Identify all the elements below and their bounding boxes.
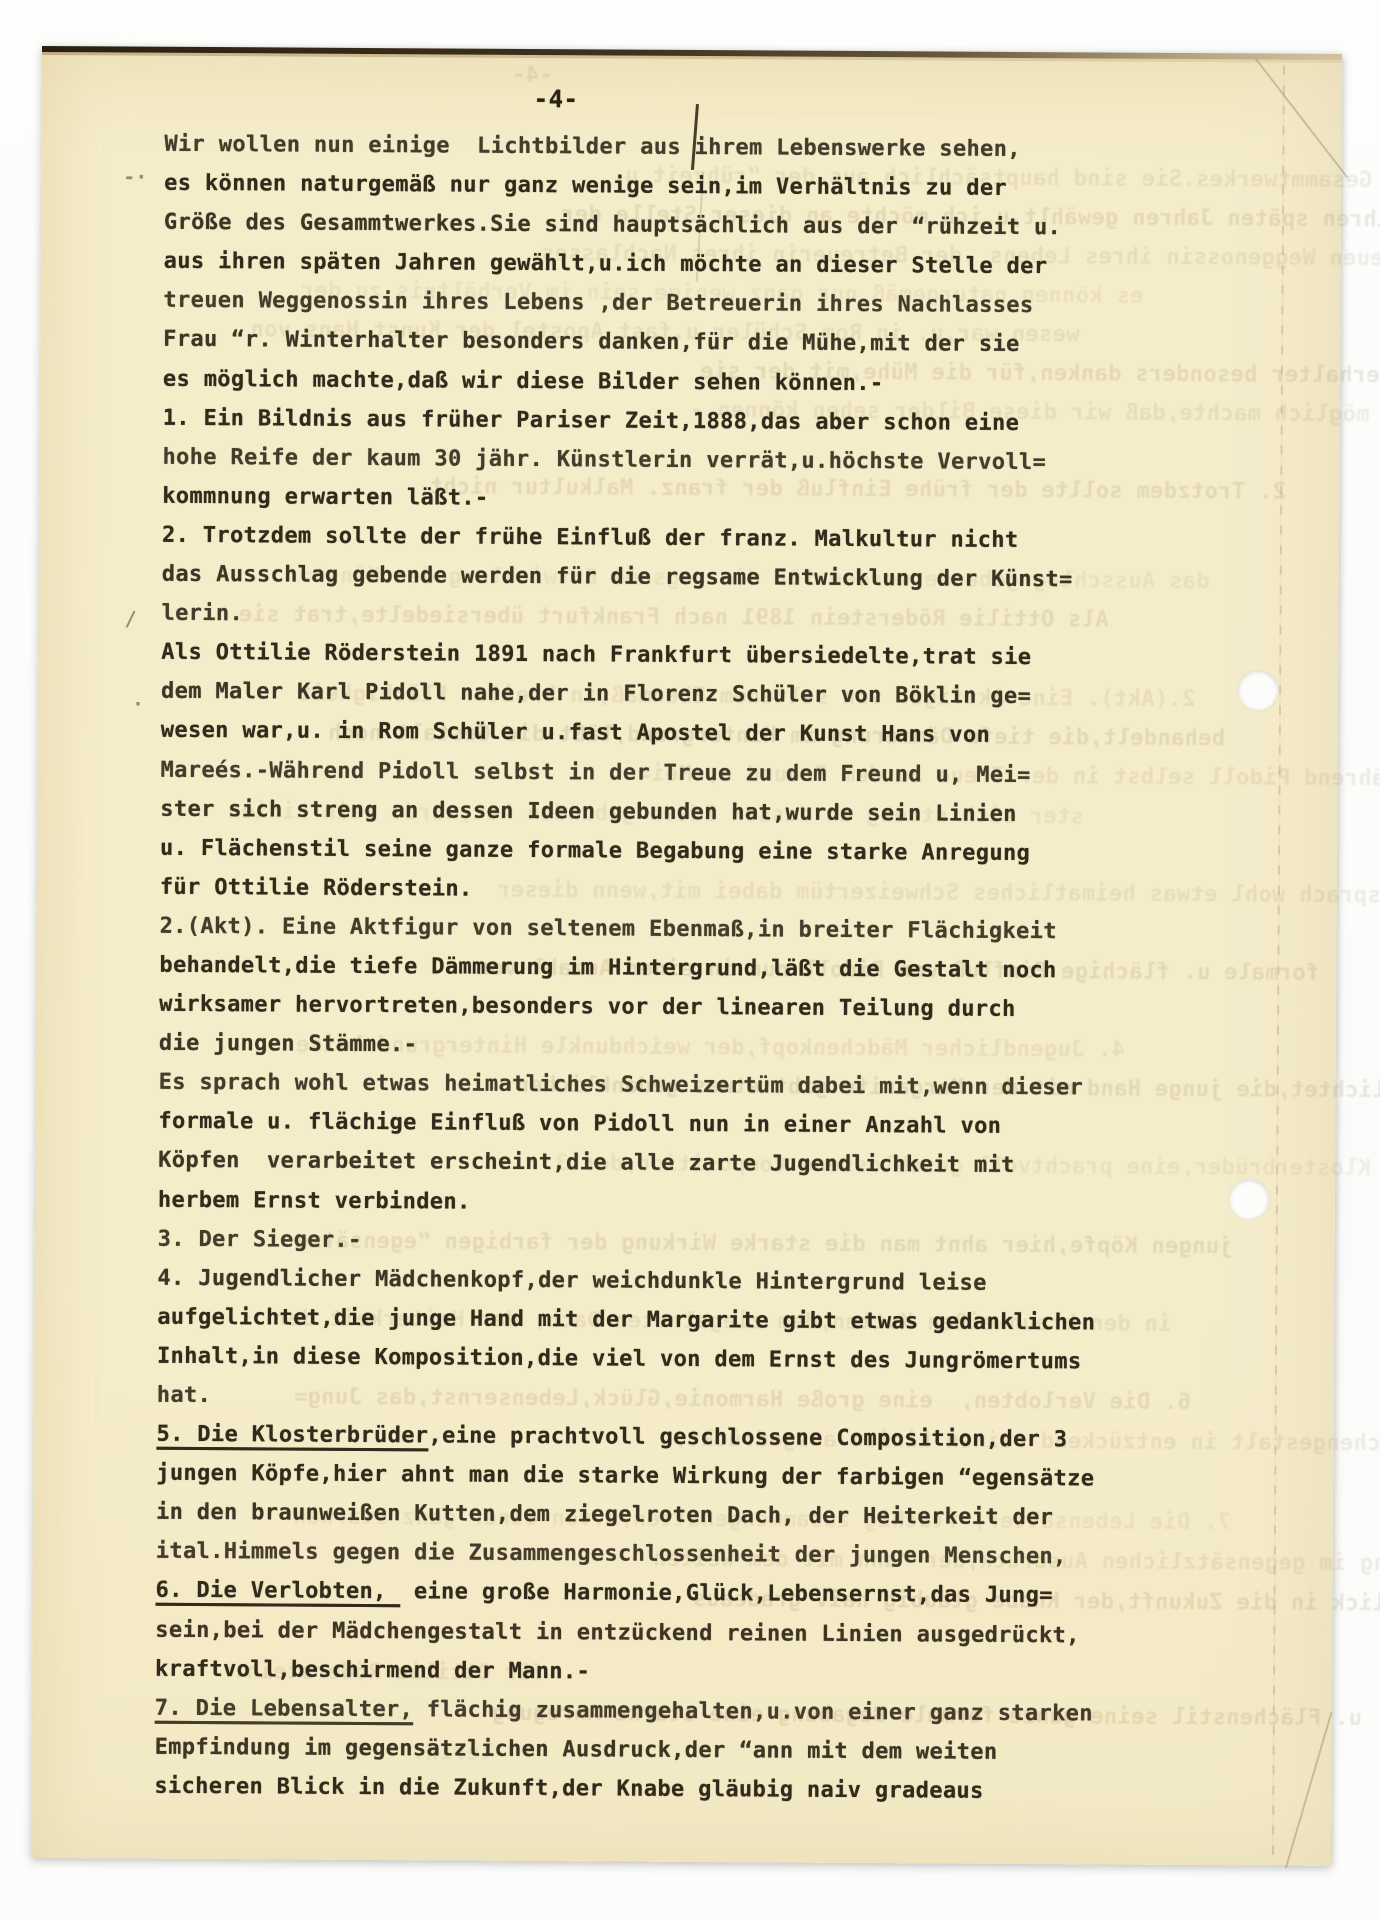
document-line: ital.Himmels gegen die Zusammengeschloss…	[156, 1532, 1296, 1578]
punch-hole-top	[1238, 670, 1278, 710]
document-line: 2.(Akt). Eine Aktfigur von seltenem Eben…	[160, 907, 1300, 953]
margin-mark: /	[124, 607, 136, 631]
document-line: Mareés.-Während Pidoll selbst in der Tre…	[160, 750, 1300, 796]
scanned-document-canvas: -4-Größe des Gesammtwerkes.Sie sind haup…	[0, 0, 1380, 1920]
document-line: Als Ottilie Röderstein 1891 nach Frankfu…	[161, 633, 1301, 679]
document-line: Empfindung im gegensätzlichen Ausdruck,d…	[154, 1728, 1294, 1774]
document-line: sicheren Blick in die Zukunft,der Knabe …	[154, 1767, 1294, 1813]
document-line: 4. Jugendlicher Mädchenkopf,der weichdun…	[157, 1258, 1297, 1304]
underlined-heading: 5. Die Klosterbrüder	[156, 1422, 428, 1449]
document-line: hohe Reife der kaum 30 jähr. Künstlerin …	[162, 437, 1302, 483]
document-line: jungen Köpfe,hier ahnt man die starke Wi…	[156, 1454, 1296, 1500]
document-line: es möglich machte,daß wir diese Bilder s…	[163, 359, 1303, 405]
document-line: in den braunweißen Kutten,dem ziegelrote…	[156, 1493, 1296, 1539]
document-line: wesen war,u. in Rom Schüler u.fast Apost…	[161, 711, 1301, 757]
document-line: Größe des Gesammtwerkes.Sie sind hauptsä…	[164, 203, 1304, 249]
document-line: hat.	[157, 1376, 1297, 1422]
document-line: kommnung erwarten läßt.-	[162, 477, 1302, 523]
document-body: Wir wollen nun einige Lichtbilder aus ih…	[154, 125, 1304, 1813]
document-line: lerin.	[161, 594, 1301, 640]
typewritten-page: -4-Größe des Gesammtwerkes.Sie sind haup…	[31, 46, 1342, 1866]
document-line: Wir wollen nun einige Lichtbilder aus ih…	[164, 125, 1304, 171]
underlined-heading: 6. Die Verlobten,	[155, 1578, 400, 1604]
margin-mark: -·	[123, 164, 147, 188]
document-line: aufgelichtet,die junge Hand mit der Marg…	[157, 1298, 1297, 1344]
document-line: das Ausschlag gebende werden für die reg…	[162, 555, 1302, 601]
document-line: 6. Die Verlobten, eine große Harmonie,Gl…	[155, 1571, 1295, 1617]
ink-bleed-through-layer: -4-Größe des Gesammtwerkes.Sie sind haup…	[42, 46, 1342, 54]
document-line: sein,bei der Mädchengestalt in entzücken…	[155, 1610, 1295, 1656]
underlined-heading: 7. Die Lebensalter,	[155, 1695, 413, 1722]
document-line: dem Maler Karl Pidoll nahe,der in Floren…	[161, 672, 1301, 718]
margin-marks-layer: -·./	[42, 46, 1342, 54]
document-line: Köpfen verarbeitet erscheint,die alle za…	[158, 1141, 1298, 1187]
document-line: 5. Die Klosterbrüder,eine prachtvoll ges…	[156, 1415, 1296, 1461]
document-line: Frau “r. Winterhalter besonders danken,f…	[163, 320, 1303, 366]
document-line: ster sich streng an dessen Ideen gebunde…	[160, 789, 1300, 835]
punch-hole-bottom	[1229, 1179, 1269, 1219]
document-line: Es sprach wohl etwas heimatliches Schwei…	[159, 1063, 1299, 1109]
page-number: -4-	[534, 85, 579, 113]
document-line: u. Flächenstil seine ganze formale Begab…	[160, 828, 1300, 874]
margin-mark: .	[132, 687, 144, 711]
